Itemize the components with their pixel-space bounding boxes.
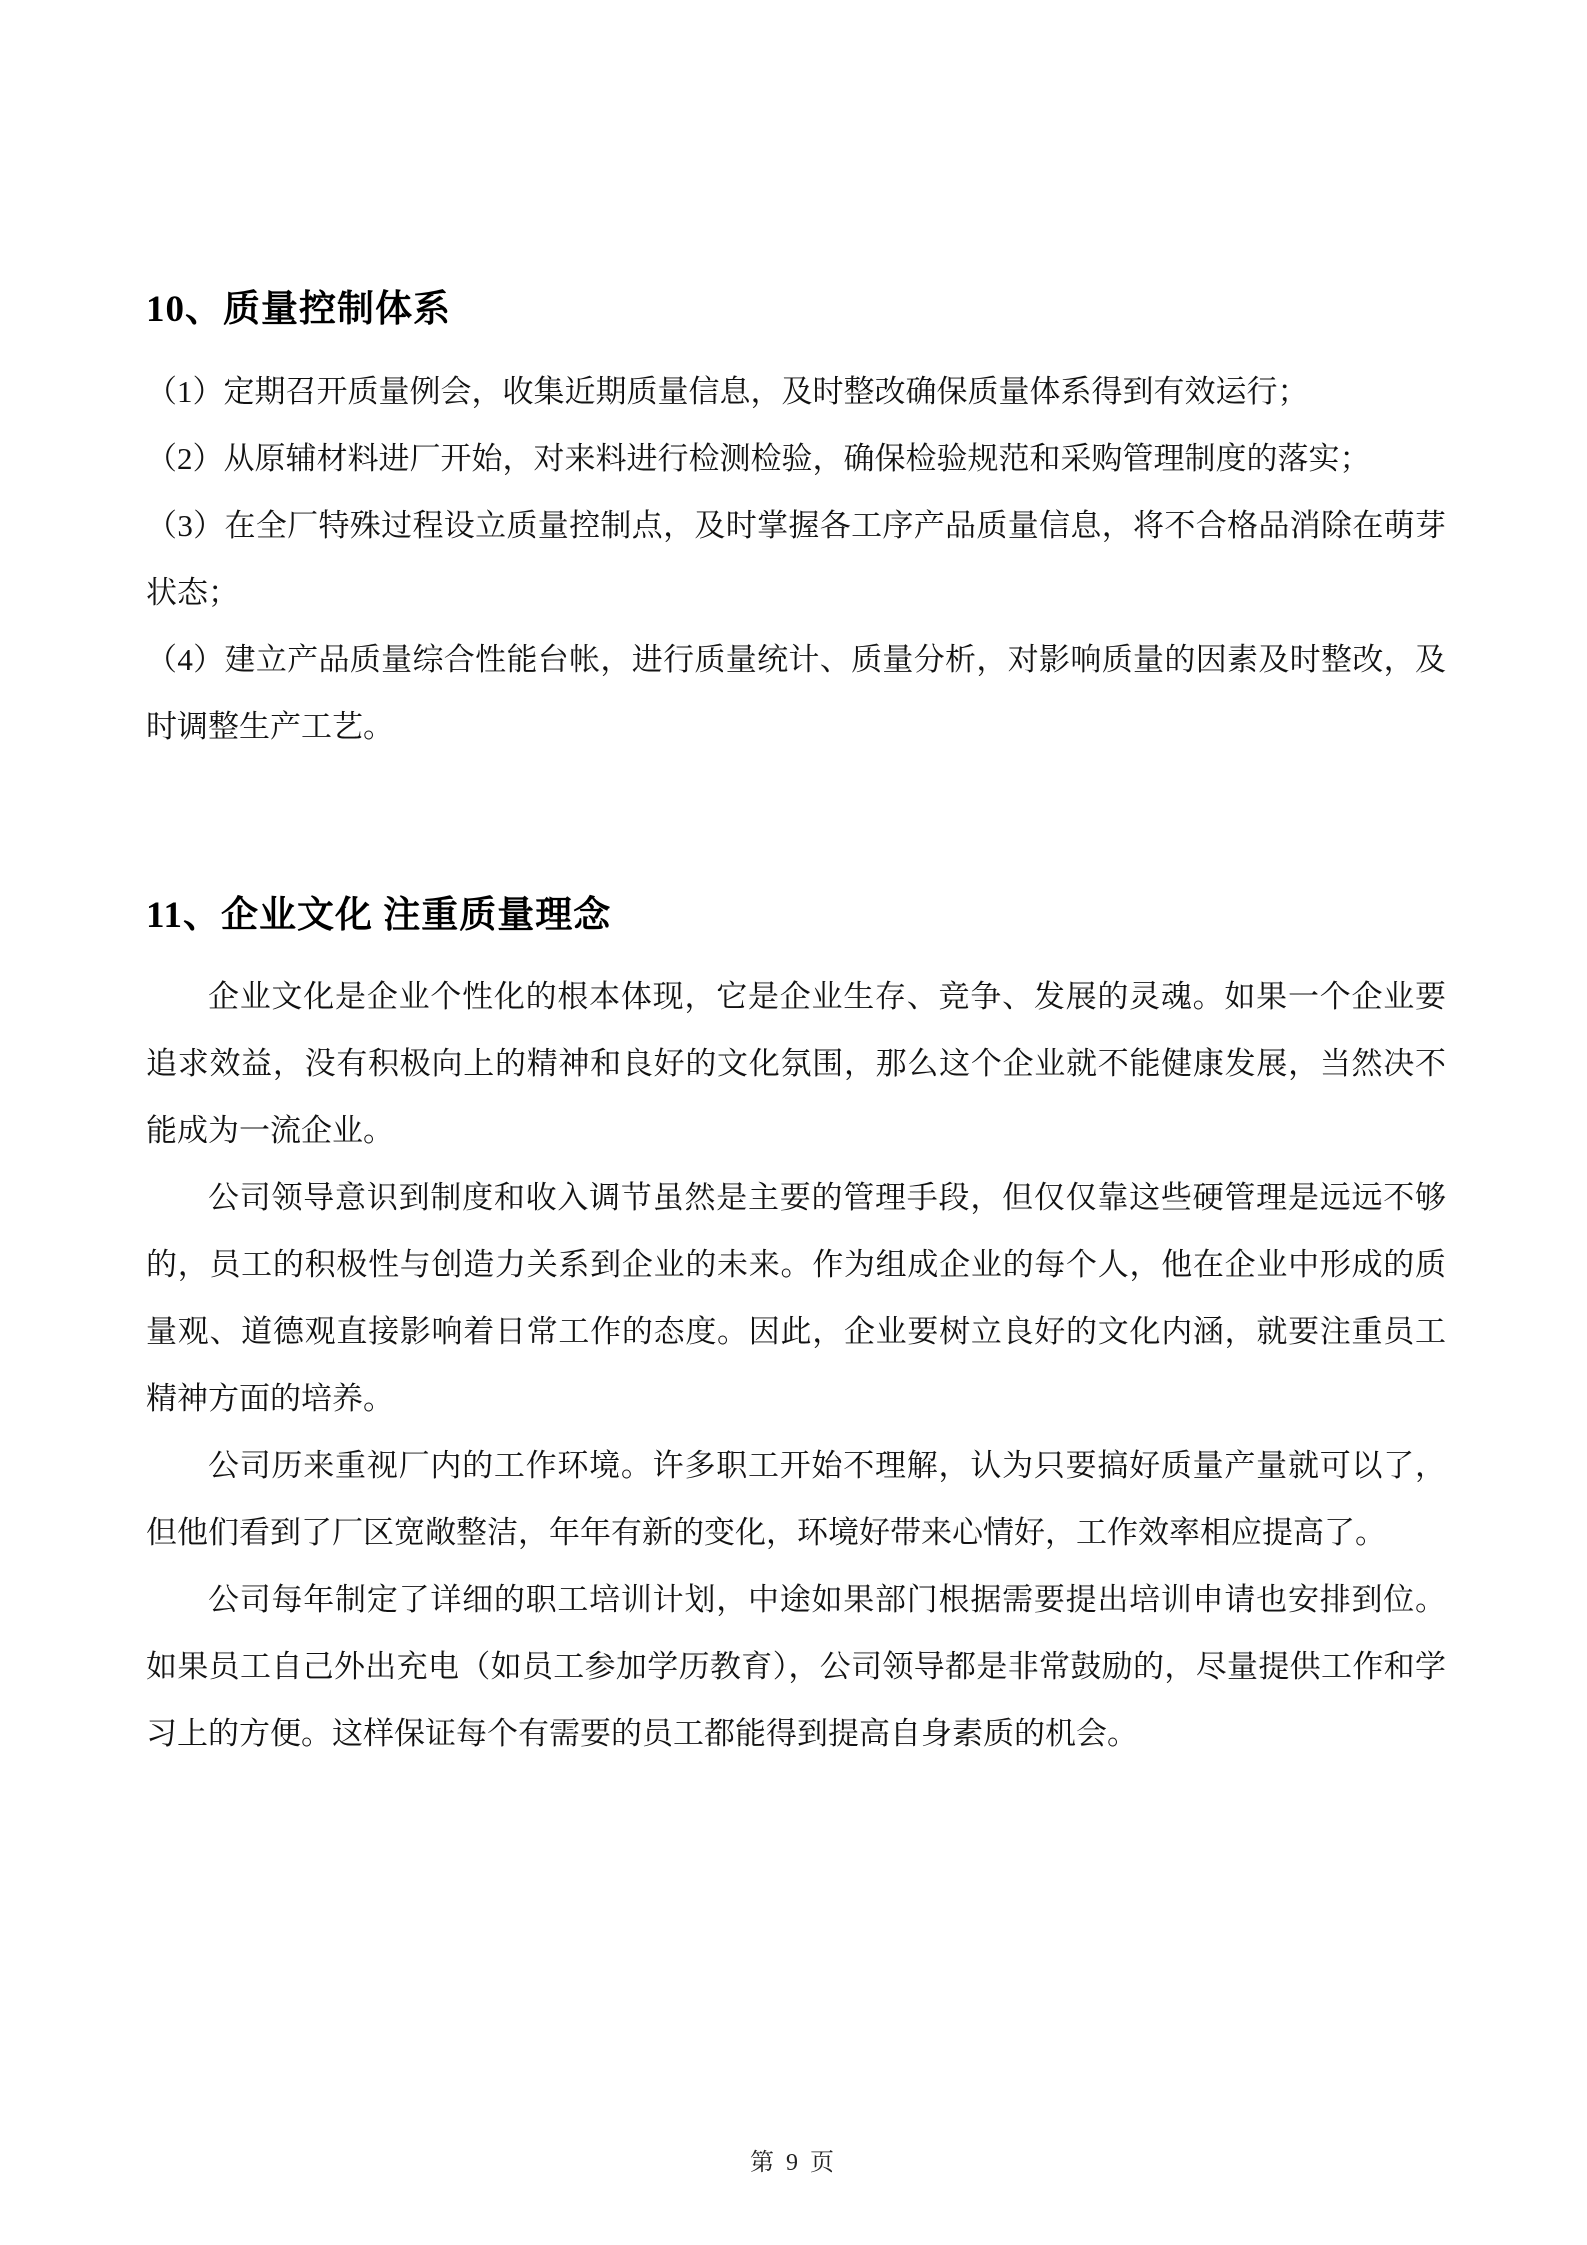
section-10-item-3: （3）在全厂特殊过程设立质量控制点，及时掌握各工序产品质量信息，将不合格品消除在… — [146, 492, 1446, 626]
section-11-heading: 11、企业文化 注重质量理念 — [146, 894, 1446, 938]
section-11-paragraph-2: 公司领导意识到制度和收入调节虽然是主要的管理手段，但仅仅靠这些硬管理是远远不够的… — [146, 1164, 1446, 1432]
section-10-item-4: （4）建立产品质量综合性能台帐，进行质量统计、质量分析，对影响质量的因素及时整改… — [146, 626, 1446, 760]
document-page: 10、质量控制体系 （1）定期召开质量例会，收集近期质量信息，及时整改确保质量体… — [0, 0, 1587, 2245]
section-11-paragraph-3: 公司历来重视厂内的工作环境。许多职工开始不理解，认为只要搞好质量产量就可以了，但… — [146, 1432, 1446, 1566]
section-10-item-2: （2）从原辅材料进厂开始，对来料进行检测检验，确保检验规范和采购管理制度的落实； — [146, 425, 1446, 492]
document-content: 10、质量控制体系 （1）定期召开质量例会，收集近期质量信息，及时整改确保质量体… — [146, 288, 1446, 1767]
page-number-footer: 第 9 页 — [0, 2142, 1587, 2177]
section-11-paragraph-1: 企业文化是企业个性化的根本体现，它是企业生存、竞争、发展的灵魂。如果一个企业要追… — [146, 963, 1446, 1164]
section-10-item-1: （1）定期召开质量例会，收集近期质量信息，及时整改确保质量体系得到有效运行； — [146, 358, 1446, 425]
section-10-heading: 10、质量控制体系 — [146, 288, 1446, 332]
section-11-paragraph-4: 公司每年制定了详细的职工培训计划，中途如果部门根据需要提出培训申请也安排到位。如… — [146, 1566, 1446, 1767]
